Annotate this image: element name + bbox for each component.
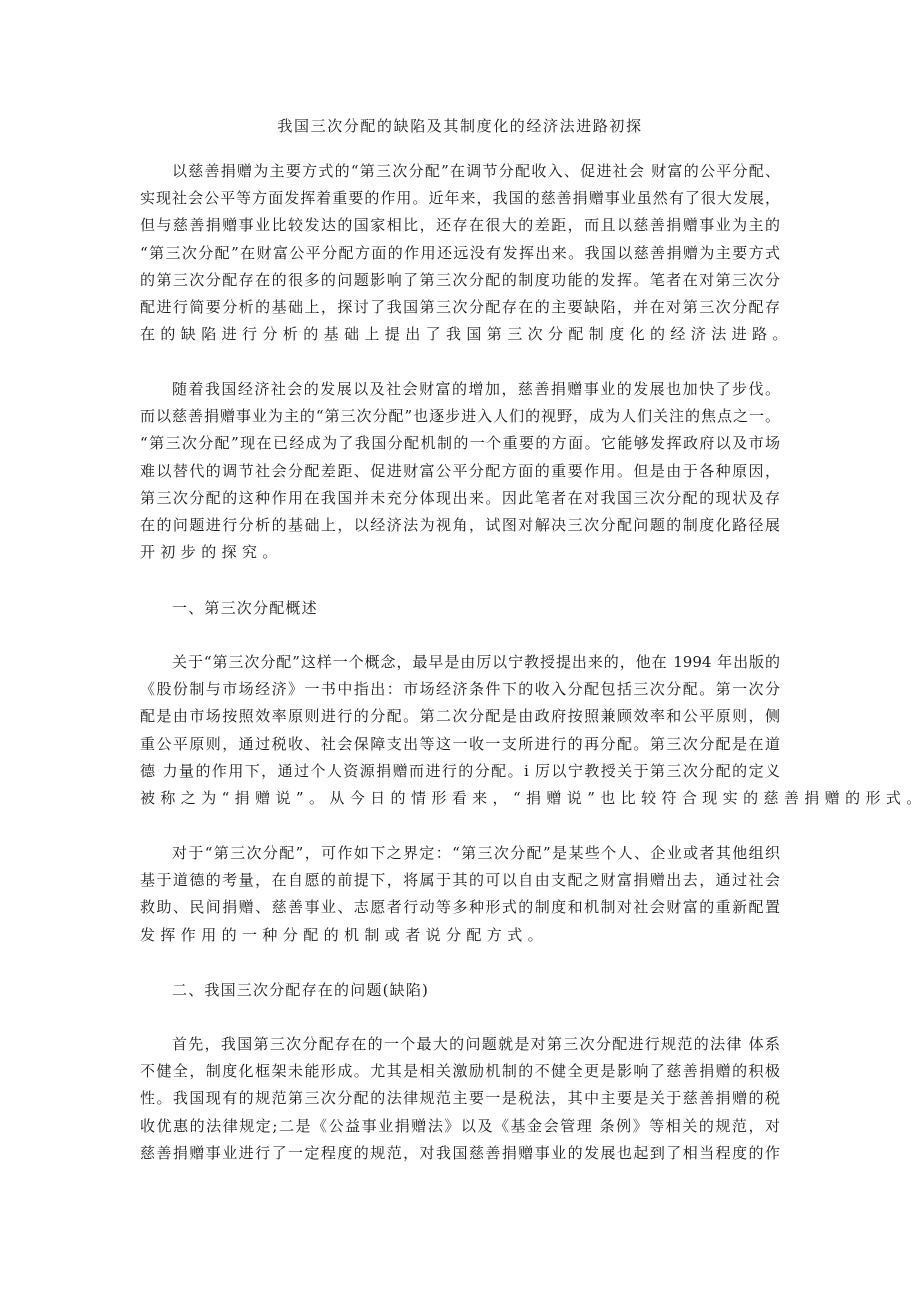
section-heading-overview: 一、第三次分配概述 xyxy=(172,596,318,620)
paragraph-line: 配是由市场按照效率原则进行的分配。第二次分配是由政府按照兼顾效率和公平原则，侧 xyxy=(140,703,780,730)
document-page: 我国三次分配的缺陷及其制度化的经济法进路初探 以慈善捐赠为主要方式的“第三次分配… xyxy=(0,0,920,1302)
paragraph-line: 不健全，制度化框架未能形成。尤其是相关激励机制的不健全更是影响了慈善捐赠的积极 xyxy=(140,1058,780,1085)
paragraph-line: 随着我国经济社会的发展以及社会财富的增加，慈善捐赠事业的发展也加快了步伐。 xyxy=(140,376,780,403)
paragraph-line: 重公平原则，通过税收、社会保障支出等这一收一支所进行的再分配。第三次分配是在道 xyxy=(140,731,780,758)
paragraph-line: “第三次分配”在财富公平分配方面的作用还远没有发挥出来。我国以慈善捐赠为主要方式 xyxy=(140,240,780,267)
paragraph-line: 慈善捐赠事业进行了一定程度的规范，对我国慈善捐赠事业的发展也起到了相当程度的作 xyxy=(140,1140,780,1167)
paragraph-line: 基于道德的考量，在自愿的前提下，将属于其的可以自由支配之财富捐赠出去，通过社会 xyxy=(140,867,780,894)
paragraph-line: 以慈善捐赠为主要方式的“第三次分配”在调节分配收入、促进社会 财富的公平分配、 xyxy=(140,158,780,185)
paragraph-line: “第三次分配”现在已经成为了我国分配机制的一个重要的方面。它能够发挥政府以及市场 xyxy=(140,430,780,457)
paragraph-line: 性。我国现有的规范第三次分配的法律规范主要一是税法，其中主要是关于慈善捐赠的税 xyxy=(140,1085,780,1112)
paragraph-concept: 关于“第三次分配”这样一个概念，最早是由厉以宁教授提出来的，他在 1994 年出… xyxy=(140,649,780,812)
paragraph-line: 被称之为“捐赠说”。从今日的情形看来，“捐赠说”也比较符合现实的慈善捐赠的形式。 xyxy=(140,785,780,812)
paragraph-line: 关于“第三次分配”这样一个概念，最早是由厉以宁教授提出来的，他在 1994 年出… xyxy=(140,649,780,676)
paragraph-line: 救助、民间捐赠、慈善事业、志愿者行动等多种形式的制度和机制对社会财富的重新配置 xyxy=(140,894,780,921)
paragraph-line: 首先，我国第三次分配存在的一个最大的问题就是对第三次分配进行规范的法律 体系 xyxy=(140,1031,780,1058)
paragraph-line: 的第三次分配存在的很多的问题影响了第三次分配的制度功能的发挥。笔者在对第三次分 xyxy=(140,267,780,294)
paragraph-problems: 首先，我国第三次分配存在的一个最大的问题就是对第三次分配进行规范的法律 体系 不… xyxy=(140,1031,780,1167)
paragraph-line: 收优惠的法律规定;二是《公益事业捐赠法》以及《基金会管理 条例》等相关的规范，对 xyxy=(140,1113,780,1140)
paragraph-definition: 对于“第三次分配”，可作如下之界定：“第三次分配”是某些个人、企业或者其他组织 … xyxy=(140,840,780,949)
paragraph-line: 对于“第三次分配”，可作如下之界定：“第三次分配”是某些个人、企业或者其他组织 xyxy=(140,840,780,867)
paragraph-line: 难以替代的调节社会分配差距、促进财富公平分配方面的重要作用。但是由于各种原因， xyxy=(140,458,780,485)
document-title: 我国三次分配的缺陷及其制度化的经济法进路初探 xyxy=(0,115,920,137)
paragraph-line: 而以慈善捐赠事业为主的“第三次分配”也逐步进入人们的视野，成为人们关注的焦点之一… xyxy=(140,403,780,430)
paragraph-intro: 以慈善捐赠为主要方式的“第三次分配”在调节分配收入、促进社会 财富的公平分配、 … xyxy=(140,158,780,348)
paragraph-line: 开初步的探究。 xyxy=(140,539,780,566)
section-heading-problems: 二、我国三次分配存在的问题(缺陷) xyxy=(172,978,429,1002)
paragraph-line: 但与慈善捐赠事业比较发达的国家相比，还存在很大的差距，而且以慈善捐赠事业为主的 xyxy=(140,212,780,239)
paragraph-line: 配进行简要分析的基础上，探讨了我国第三次分配存在的主要缺陷，并在对第三次分配存 xyxy=(140,294,780,321)
paragraph-background: 随着我国经济社会的发展以及社会财富的增加，慈善捐赠事业的发展也加快了步伐。 而以… xyxy=(140,376,780,566)
paragraph-line: 《股份制与市场经济》一书中指出：市场经济条件下的收入分配包括三次分配。第一次分 xyxy=(140,676,780,703)
paragraph-line: 德 力量的作用下，通过个人资源捐赠而进行的分配。i 厉以宁教授关于第三次分配的定… xyxy=(140,758,780,785)
paragraph-line: 在的缺陷进行分析的基础上提出了我国第三次分配制度化的经济法进路。 xyxy=(140,321,780,348)
paragraph-line: 实现社会公平等方面发挥着重要的作用。近年来，我国的慈善捐赠事业虽然有了很大发展， xyxy=(140,185,780,212)
paragraph-line: 发挥作用的一种分配的机制或者说分配方式。 xyxy=(140,922,780,949)
paragraph-line: 第三次分配的这种作用在我国并未充分体现出来。因此笔者在对我国三次分配的现状及存 xyxy=(140,485,780,512)
paragraph-line: 在的问题进行分析的基础上，以经济法为视角，试图对解决三次分配问题的制度化路径展 xyxy=(140,512,780,539)
